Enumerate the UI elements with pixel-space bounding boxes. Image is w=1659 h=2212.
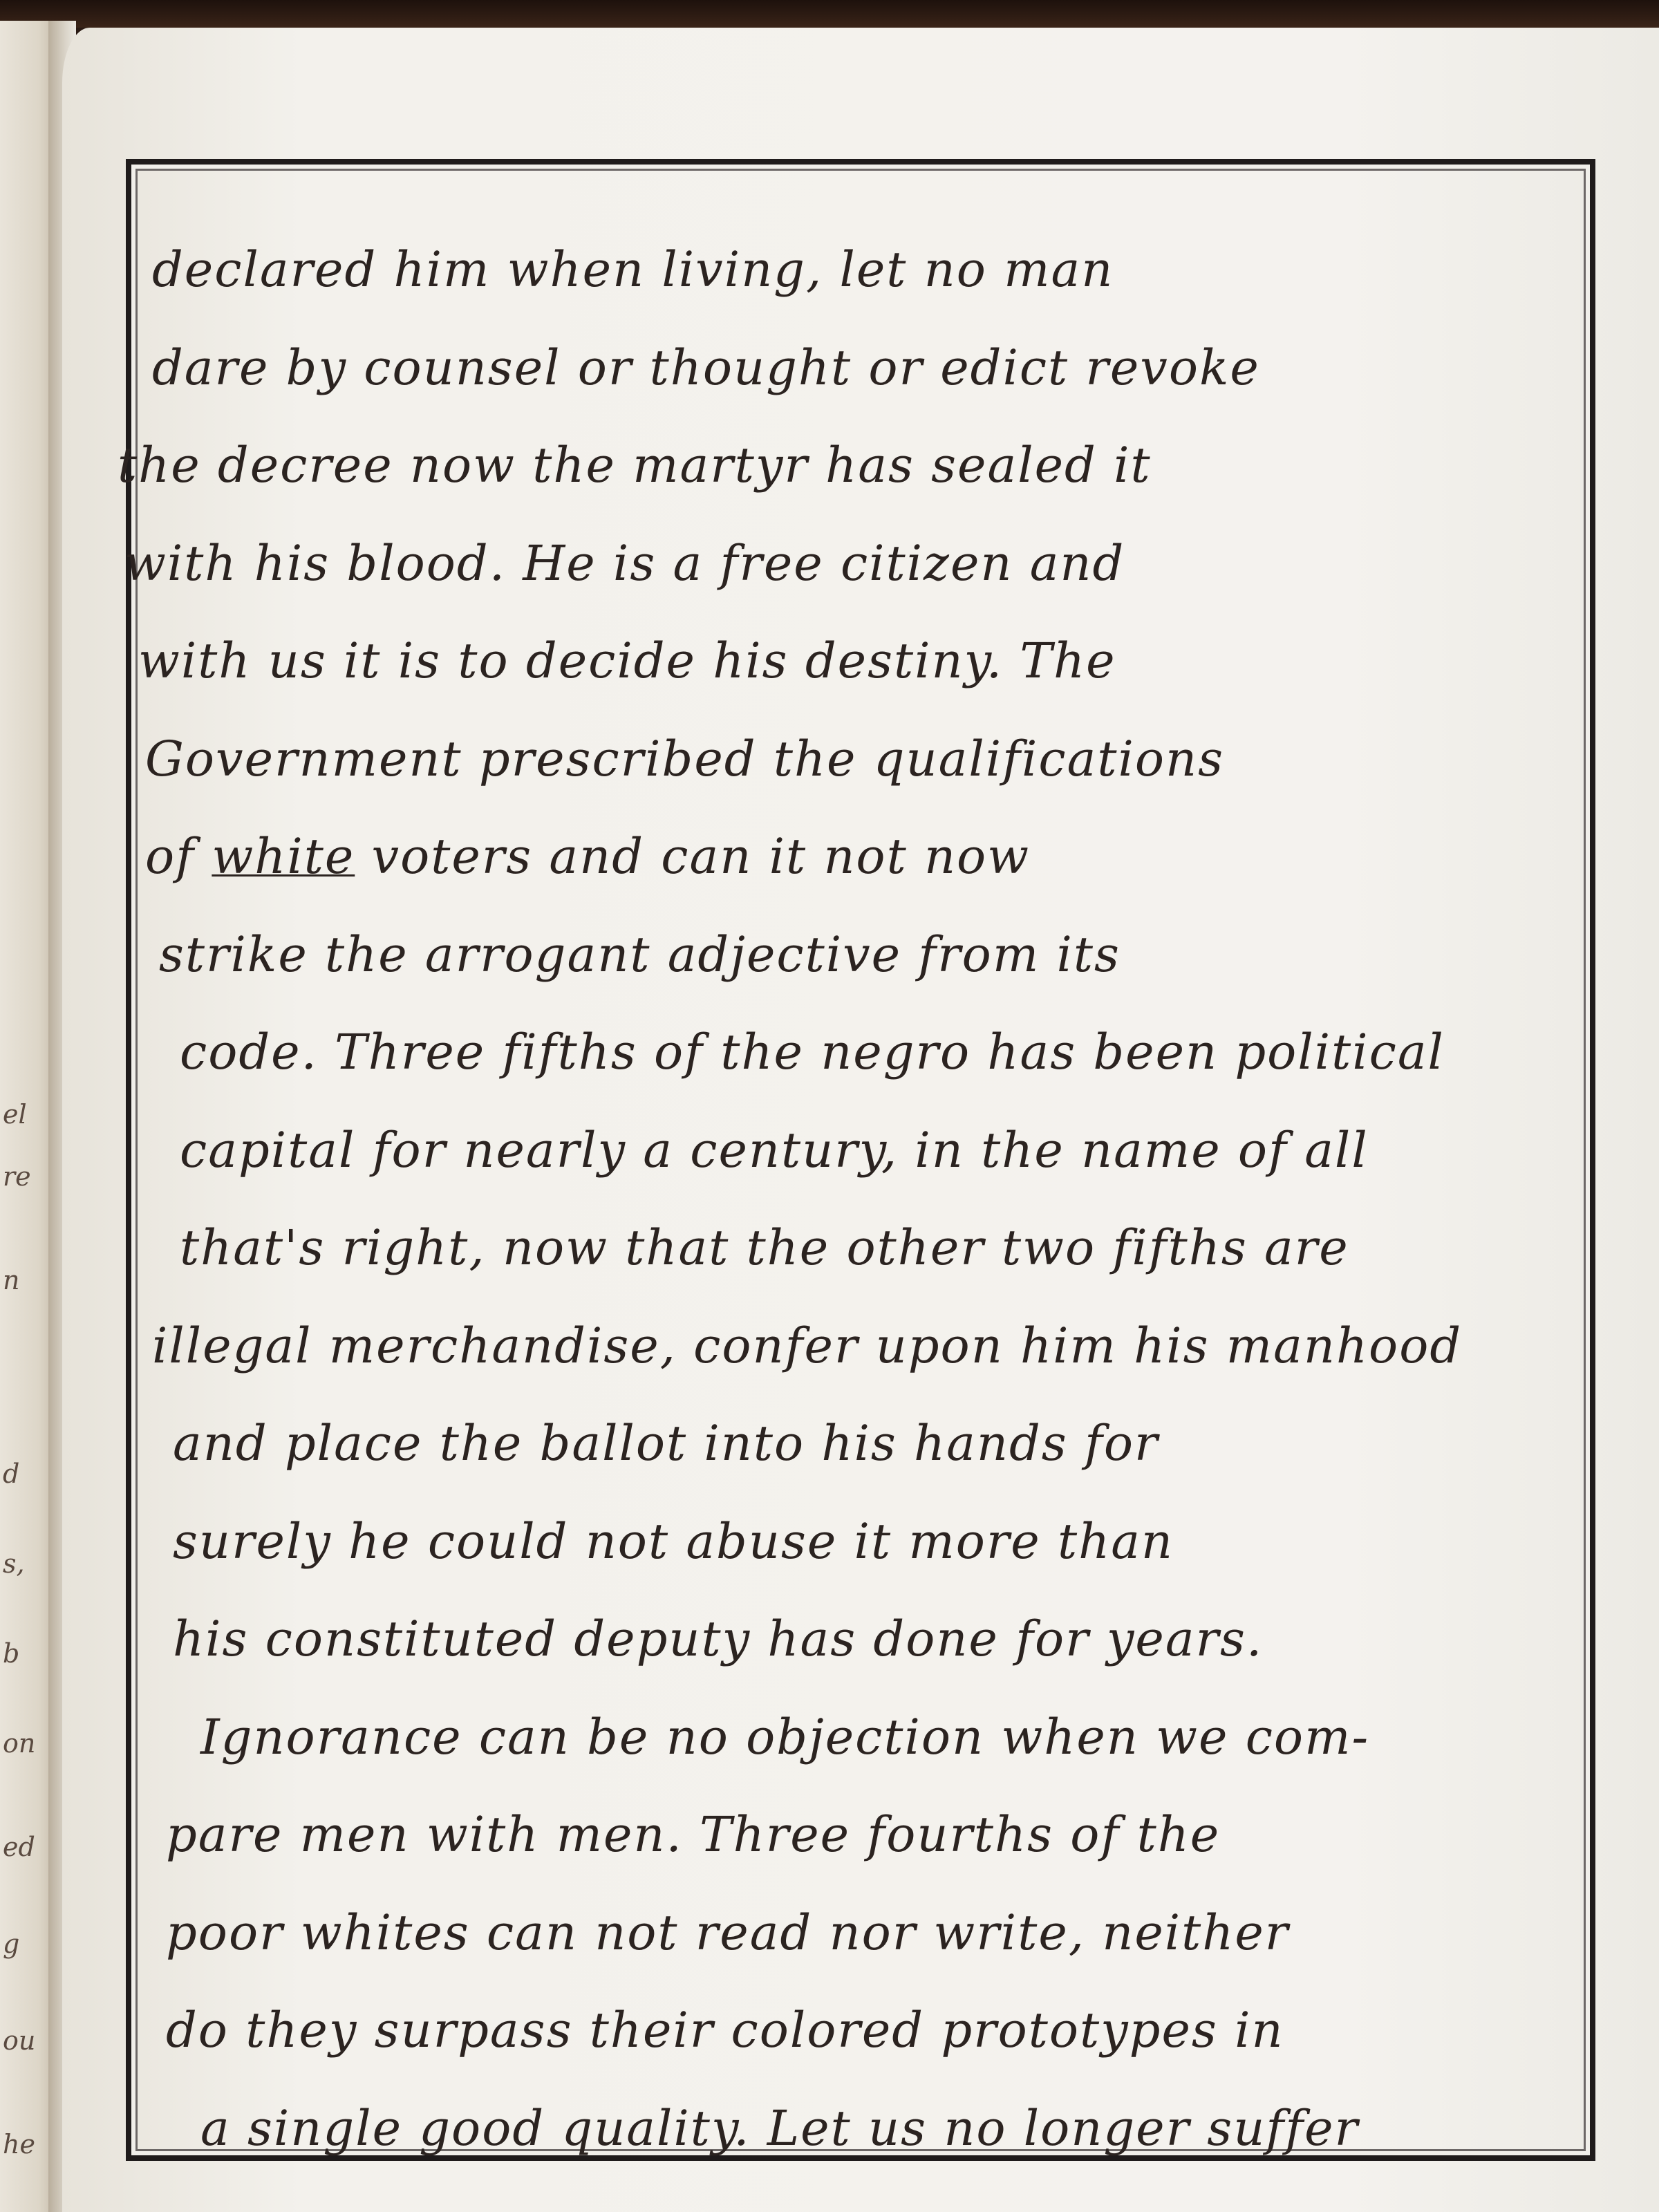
facing-page-fragment: re xyxy=(3,1161,31,1192)
text-word: voters and can it not now xyxy=(372,828,1031,885)
text-line: that's right, now that the other two fif… xyxy=(104,1199,1514,1297)
text-line: surely he could not abuse it more than xyxy=(104,1493,1514,1591)
text-line: strike the arrogant adjective from its xyxy=(104,906,1514,1004)
text-line: a single good quality. Let us no longer … xyxy=(104,2080,1514,2178)
facing-page-fragment: he xyxy=(3,2129,35,2159)
facing-page-fragment: on xyxy=(3,1728,35,1759)
desk-background xyxy=(0,0,1659,28)
text-line: and place the ballot into his hands for xyxy=(104,1395,1514,1493)
text-line: dare by counsel or thought or edict revo… xyxy=(104,319,1514,418)
text-line: of white voters and can it not now xyxy=(104,808,1514,906)
facing-page-edge: el re n d s, b on ed g ou he xyxy=(0,21,55,2212)
facing-page-fragment: d xyxy=(3,1459,19,1489)
text-line: capital for nearly a century, in the nam… xyxy=(104,1102,1514,1200)
text-line: Government prescribed the qualifications xyxy=(104,711,1514,809)
text-line: declared him when living, let no man xyxy=(104,221,1514,319)
text-line: the decree now the martyr has sealed it xyxy=(104,417,1514,515)
underlined-word: white xyxy=(212,828,355,885)
facing-page-fragment: s, xyxy=(3,1548,25,1579)
text-line: do they surpass their colored prototypes… xyxy=(104,1982,1514,2080)
text-line: his constituted deputy has done for year… xyxy=(104,1591,1514,1689)
facing-page-fragment: el xyxy=(3,1099,27,1130)
text-line: with his blood. He is a free citizen and xyxy=(104,515,1514,613)
text-word: of xyxy=(145,828,195,885)
facing-page-fragment: g xyxy=(3,1929,19,1959)
text-line: with us it is to decide his destiny. The xyxy=(104,612,1514,711)
text-line: illegal merchandise, confer upon him his… xyxy=(104,1297,1514,1396)
handwritten-text: declared him when living, let no man dar… xyxy=(104,221,1514,2177)
text-line: Ignorance can be no objection when we co… xyxy=(104,1689,1514,1787)
text-line: poor whites can not read nor write, neit… xyxy=(104,1884,1514,1983)
facing-page-fragment: ou xyxy=(3,2025,35,2056)
facing-page-fragment: ed xyxy=(3,1832,35,1862)
text-line: pare men with men. Three fourths of the xyxy=(104,1786,1514,1884)
facing-page-fragment: b xyxy=(3,1638,19,1669)
text-line: code. Three fifths of the negro has been… xyxy=(104,1004,1514,1102)
facing-page-fragment: n xyxy=(3,1265,19,1295)
